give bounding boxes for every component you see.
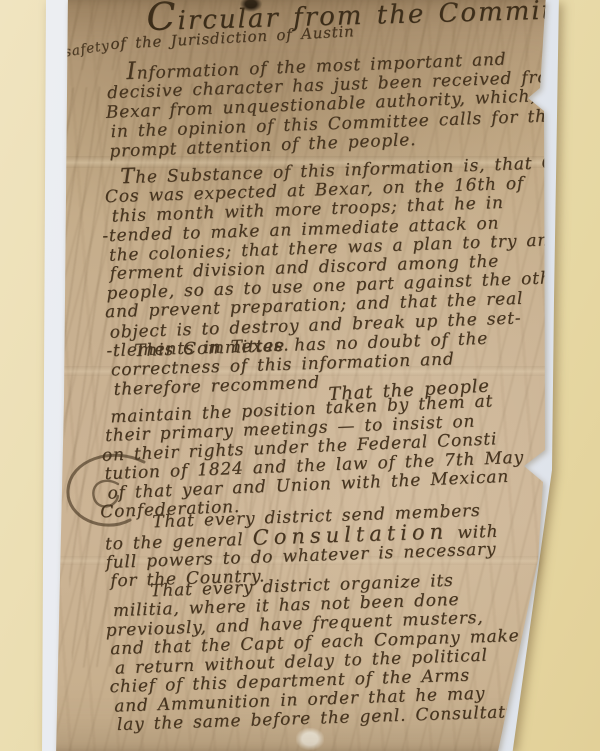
text-line: Cos was expected at Bexar, on the 16th o… (105, 173, 586, 208)
text-line: object is to destroy and break up the se… (109, 307, 590, 343)
text-line: tution of 1824 and the law of the 7th Ma… (104, 449, 524, 484)
text-line: This Committee has no doubt of the (134, 330, 488, 362)
consultation-word: Consultation (252, 519, 448, 549)
ink-showthrough-top (70, 0, 540, 70)
paragraph-no-doubt: This Committee has no doubt of the corre… (110, 330, 490, 401)
text-line: for the Country. (110, 560, 500, 591)
ink-blot (240, 0, 262, 12)
text-line: to the general Consultation with (105, 520, 499, 553)
text-line: Confederation. (100, 487, 526, 523)
text-line: and Ammunition in order that he may (114, 683, 534, 717)
paper-damage-spot (296, 728, 324, 750)
text-line: ferment division and discord among the (109, 250, 588, 285)
document-title-line1: Circular from the Committee of (146, 0, 600, 37)
text-line: The Substance of this information is, th… (120, 151, 585, 188)
fold-crease (0, 156, 600, 168)
document-photo: Circular from the Committee of safety of… (0, 0, 600, 751)
text-line: That every district organize its (150, 569, 530, 601)
text-line: maintain the position taken by them at (110, 391, 522, 427)
catchword: Of (529, 725, 550, 746)
ink-showthrough-texture (0, 0, 600, 751)
text-line: chief of this department of the Arms (109, 665, 533, 698)
text-line: correctness of this information and (111, 349, 489, 380)
text-line: the colonies; that there was a plan to t… (109, 230, 588, 266)
text-line: their primary meetings — to insist on (105, 411, 523, 446)
text-line: previously, and have frequent musters, (105, 607, 531, 641)
paragraph-substance: The Substance of this information is, th… (100, 151, 591, 362)
text-line: full powers to do whatever is necessary (105, 540, 499, 572)
text-line: and that the Capt of each Company make (110, 627, 532, 660)
text-segment: with (448, 521, 499, 543)
paragraph-consultation: That every district send members to the … (104, 501, 500, 591)
paragraph-militia: That every district organize its militia… (102, 569, 535, 736)
text-line: Bexar from unquestionable authority, whi… (106, 87, 567, 124)
text-line: Information of the most important and (126, 45, 565, 84)
text-line: of that year and Union with the Mexican (107, 467, 525, 503)
fold-crease (0, 556, 600, 565)
text-line: prompt attention of the people. (109, 125, 568, 162)
document-title-interline: safety (63, 37, 111, 63)
text-line: people, so as to use one part against th… (106, 268, 589, 304)
text-line: -tlements in Texas. (106, 326, 591, 361)
text-line: this month with more troops; that he in (111, 191, 586, 227)
text-line: therefore recommend (113, 368, 489, 400)
manuscript-page-wrap: Circular from the Committee of safety of… (0, 0, 600, 751)
text-line: militia, where it has not been done (113, 589, 531, 621)
text-line: decisive character has just been receive… (107, 68, 566, 104)
margin-flourish-doodle (56, 444, 156, 536)
document-title-line2: of the Jurisdiction of Austin (110, 22, 355, 54)
text-line: in the opinion of this Committee calls f… (110, 106, 567, 142)
ink-showthrough-left-margin (52, 80, 312, 668)
text-line: lay the same before the genl. Consultati… (117, 703, 535, 735)
text-segment: to the general (105, 529, 253, 554)
recommendation-lead-in: That the people (328, 377, 490, 405)
text-line: a return without delay to the political (115, 645, 533, 679)
text-line: and prevent preparation; and that the re… (105, 288, 590, 323)
text-line: -tended to make an immediate attack on (102, 211, 587, 246)
paragraph-maintain-position: maintain the position taken by them at t… (96, 391, 526, 523)
fold-crease (0, 366, 600, 376)
text-line: on their rights under the Federal Consti (102, 429, 524, 466)
paragraph-information: Information of the most important and de… (102, 45, 568, 162)
text-line: That every district send members (152, 501, 498, 532)
manuscript-page: Circular from the Committee of safety of… (0, 0, 600, 751)
